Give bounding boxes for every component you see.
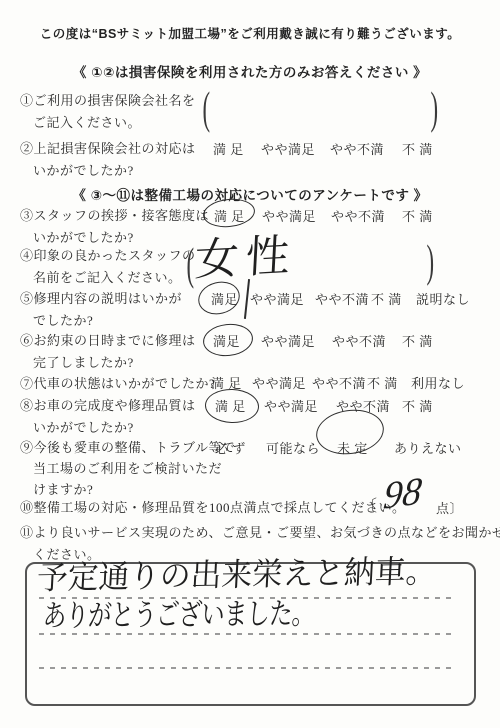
q10-score-bracket-close: 点〕 [436,498,463,517]
q1-answer-bracket-open: ( [203,86,211,132]
q7-label-line1: ⑦代車の状態はいかがでしたか? [20,373,215,392]
q5-label-line2: でしたか? [33,310,93,329]
q8-label-line2: いかがでしたか? [33,417,134,436]
q1-label-line1: ①ご利用の損害保険会社名を [20,90,196,109]
q4-label-line2: 名前をご記入ください。 [33,267,182,286]
q6-label-line2: 完了しましたか? [33,352,134,371]
q1-answer-bracket-close: ) [431,86,439,132]
q4-answer-bracket-close: ) [427,239,435,285]
q7-option-yaya-manzoku: やや満足 [252,373,306,392]
q2-option-yaya-fuman: やや不満 [330,139,384,158]
q1-label-line2: ご記入ください。 [33,112,141,131]
q2-option-fuman: 不 満 [402,139,433,158]
q5-option-yaya-fuman: やや不満 [315,289,369,308]
comment-ruled-line-3 [39,667,457,669]
section2-header: 《 ③～⑪は整備工場の対応についてのアンケートです 》 [0,184,500,204]
q11-label-line1: ⑪より良いサービス実現のため、ご意見・ご要望、お気づきの点などをお聞かせ [20,522,500,541]
q3-option-yaya-manzoku: やや満足 [262,206,316,225]
q4-label-line1: ④印象の良かったスタッフの [20,245,196,264]
q5-option-yaya-manzoku: やや満足 [250,289,304,308]
q9-option-kanou-nara: 可能なら [266,438,320,457]
q3-label-line2: いかがでしたか? [33,227,134,246]
q9-label-line1: ⑨今後も愛車の整備、トラブル等で [20,437,235,456]
section1-header: 《 ①②は損害保険を利用された方のみお答えください 》 [0,61,500,81]
q6-option-yaya-fuman: やや不満 [332,331,386,350]
q10-label: ⑩整備工場の対応・修理品質を100点満点で採点してください。 [20,497,406,516]
q8-selected-circle [204,388,259,424]
q2-option-yaya-manzoku: やや満足 [261,139,315,158]
q7-option-yaya-fuman: やや不満 [312,373,366,392]
q8-option-fuman: 不 満 [402,396,433,415]
q7-option-riyou-nashi: 利用なし [411,373,465,392]
q8-label-line1: ⑧お車の完成度や修理品質は [20,395,196,414]
q7-option-fuman: 不 満 [367,373,398,392]
q3-option-fuman: 不 満 [402,206,433,225]
q2-label-line2: いかがでしたか? [33,160,134,179]
q9-label-line3: けますか? [33,479,93,498]
q5-option-setsumei-nashi: 説明なし [416,289,470,308]
survey-scan-page: この度は“BSサミット加盟工場”をご利用戴き誠に有り難うございます。 《 ①②は… [0,0,500,728]
comment-ruled-line-2 [39,633,457,635]
q6-selected-circle [201,321,254,358]
q6-option-fuman: 不 満 [402,331,433,350]
q9-label-line2: 当工場のご利用をご検討いただ [33,458,222,477]
q10-handwritten-score: 98 [381,471,423,519]
q8-option-yaya-manzoku: やや満足 [264,396,318,415]
q6-label-line1: ⑥お約束の日時までに修理は [20,330,196,349]
q9-option-arienai: ありえない [394,438,462,457]
q5-label-line1: ⑤修理内容の説明はいかが [20,288,182,307]
greeting-text: この度は“BSサミット加盟工場”をご利用戴き誠に有り難うございます。 [0,24,500,42]
q3-label-line1: ③スタッフの挨拶・接客態度は [20,205,209,224]
comment-handwritten-line1: 予定通りの出来栄えと納車。 [36,554,437,596]
q9-option-kanarazu: 必 ず [215,438,246,457]
q3-option-yaya-fuman: やや不満 [331,206,385,225]
q2-label-line1: ②上記損害保険会社の対応は [20,138,196,157]
q10-score-bracket-open: 〔 [361,493,377,516]
q2-option-manzoku: 満 足 [213,139,244,158]
q4-handwritten-answer: 女性 [193,232,297,286]
comment-handwritten-line2: ありがとうございました。 [42,598,315,633]
q5-option-fuman: 不 満 [371,289,402,308]
q6-option-yaya-manzoku: やや満足 [261,331,315,350]
